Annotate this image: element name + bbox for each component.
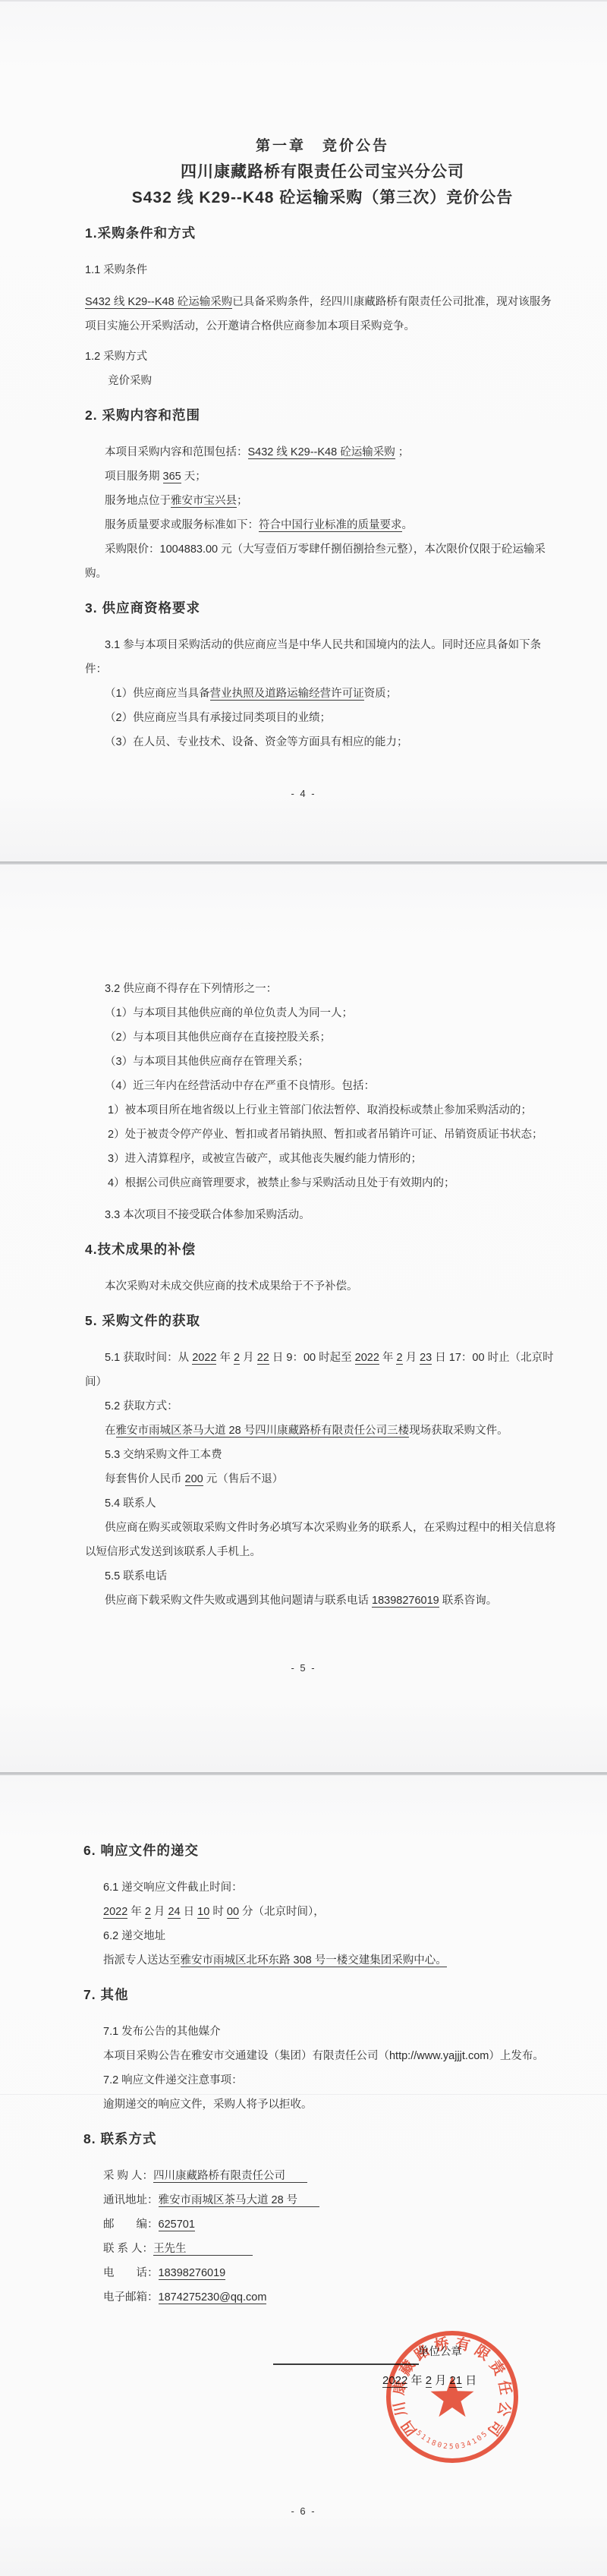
list-item: 1）被本项目所在地省级以上行业主管部门依法暂停、取消投标或禁止参加采购活动的； [85, 1098, 560, 1123]
text-run: 5.2 获取方式： [105, 1400, 178, 1412]
text-run: 2）处于被责令停产停业、暂扣或者吊销执照、暂扣或者吊销许可证、吊销资质证书状态； [108, 1129, 543, 1141]
contact-row-address: 通讯地址：雅安市雨城区茶马大道 28 号 [83, 2188, 560, 2212]
text-run: 4.技术成果的补偿 [85, 1242, 196, 1257]
text-run: 时 [209, 1906, 227, 1918]
text-run: 元（售后不退） [203, 1473, 284, 1485]
paragraph: 项目服务期 365 天； [85, 464, 560, 489]
list-item: 3）进入清算程序，或被宣告破产，或其他丧失履约能力情形的； [85, 1147, 560, 1171]
text-run: 采购限价：1004883.00 元（大写壹佰万零肆仟捌佰捌拾叁元整），本次限价仅… [85, 543, 546, 580]
page-3-content: 6. 响应文件的递交6.1 递交响应文件截止时间：2022 年 2 月 24 日… [0, 1775, 607, 2310]
text-run: （4）近三年内在经营活动中存在严重不良情形。包括： [105, 1080, 375, 1092]
paragraph: 服务质量要求或服务标准如下：符合中国行业标准的质量要求。 [85, 513, 560, 537]
paragraph: 每套售价人民币 200 元（售后不退） [85, 1467, 560, 1491]
text-run: 6.1 递交响应文件截止时间： [103, 1882, 243, 1894]
text-run: （1）与本项目其他供应商的单位负责人为同一人； [105, 1007, 353, 1019]
page-number: - 6 - [0, 2505, 607, 2517]
text-run: S432 线 K29--K48 砼运输采购（第三次）竞价公告 [132, 189, 514, 206]
underlined-text: 18398276019 [372, 1595, 439, 1608]
subsection-1-1: 1.1 采购条件 [85, 258, 560, 282]
text-run: 7.2 响应文件递交注意事项： [103, 2074, 243, 2086]
document-page-1: 第一章 竞价公告四川康藏路桥有限责任公司宝兴分公司S432 线 K29--K48… [0, 0, 607, 861]
underlined-text: 23 [420, 1352, 432, 1365]
text-run: 3）进入清算程序，或被宣告破产，或其他丧失履约能力情形的； [108, 1153, 422, 1165]
text-run: 2. 采购内容和范围 [85, 408, 200, 423]
text-run: 年 [379, 1352, 397, 1364]
underlined-text: 符合中国行业标准的质量要求 [259, 519, 402, 532]
underlined-text: 四川康藏路桥有限责任公司 [153, 2170, 307, 2183]
text-run: 供应商下载采购文件失败或遇到其他问题请与联系电话 [105, 1595, 372, 1607]
paragraph: 采购限价：1004883.00 元（大写壹佰万零肆仟捌佰捌拾叁元整），本次限价仅… [85, 537, 560, 586]
section-heading-1: 1.采购条件和方式 [85, 220, 560, 246]
text-run: 现场获取采购文件。 [409, 1425, 508, 1437]
underlined-text: 2 [234, 1352, 240, 1365]
text-run: 5.3 交纳采购文件工本费 [105, 1449, 222, 1461]
underlined-text: 24 [168, 1906, 180, 1919]
subsection-5-4: 5.4 联系人 [85, 1491, 560, 1516]
text-run: 6. 响应文件的递交 [83, 1843, 199, 1858]
section-heading-8: 8. 联系方式 [83, 2126, 560, 2152]
text-run: 联系咨询。 [439, 1595, 498, 1607]
text-run: 本项目采购内容和范围包括： [105, 446, 248, 458]
text-run: 分（北京时间）， [239, 1906, 325, 1918]
underlined-text: 雅安市宝兴县 [171, 495, 237, 508]
text-run: 5. 采购文件的获取 [85, 1313, 200, 1328]
list-item: 2）处于被责令停产停业、暂扣或者吊销执照、暂扣或者吊销许可证、吊销资质证书状态； [85, 1123, 560, 1147]
text-run: 电子邮箱： [103, 2291, 159, 2304]
page-1-content: 第一章 竞价公告四川康藏路桥有限责任公司宝兴分公司S432 线 K29--K48… [0, 0, 607, 754]
text-run: 。 [402, 519, 414, 531]
text-run: （2）与本项目其他供应商存在直接控股关系； [105, 1031, 331, 1044]
text-run: （1）供应商应当具备 [105, 688, 210, 700]
text-run: 日 9：00 时起至 [269, 1352, 355, 1364]
text-run: 3.3 本次项目不接受联合体参加采购活动。 [105, 1209, 310, 1221]
page-2-content: 3.2 供应商不得存在下列情形之一：（1）与本项目其他供应商的单位负责人为同一人… [0, 864, 607, 1613]
text-run: 竞价采购 [108, 375, 152, 387]
text-run: 1.2 采购方式 [85, 351, 147, 363]
text-run: ； [395, 446, 410, 458]
text-run: 本项目采购公告在雅安市交通建设（集团）有限责任公司（http://www.yaj… [103, 2050, 544, 2062]
subsection-1-2: 1.2 采购方式 [85, 345, 560, 369]
paragraph: 指派专人送达至雅安市雨城区北环东路 308 号一楼交建集团采购中心。 [83, 1948, 560, 1973]
text-run: 本次采购对未成交供应商的技术成果给于不予补偿。 [105, 1280, 358, 1293]
text-run: 指派专人送达至 [103, 1954, 181, 1967]
underlined-text: 200 [185, 1473, 203, 1486]
text-run: 电 话： [103, 2267, 159, 2279]
document-page-3: 6. 响应文件的递交6.1 递交响应文件截止时间：2022 年 2 月 24 日… [0, 1775, 607, 2576]
underlined-text: 2 [145, 1906, 151, 1919]
text-run: 7. 其他 [83, 1987, 128, 2002]
text-run: 联 系 人： [103, 2243, 153, 2255]
subsection-5-3: 5.3 交纳采购文件工本费 [85, 1443, 560, 1467]
paragraph: 本项目采购内容和范围包括：S432 线 K29--K48 砼运输采购 ； [85, 440, 560, 464]
paragraph: 3.1 参与本项目采购活动的供应商应当是中华人民共和国境内的法人。同时还应具备如… [85, 633, 560, 682]
paragraph: 本项目采购公告在雅安市交通建设（集团）有限责任公司（http://www.yaj… [83, 2044, 560, 2068]
underlined-text: 00 [227, 1906, 239, 1919]
text-run: 邮 编： [103, 2219, 159, 2231]
seal-star-icon [431, 2376, 474, 2417]
text-run: 服务地点位于 [105, 495, 171, 507]
paragraph: 供应商下载采购文件失败或遇到其他问题请与联系电话 18398276019 联系咨… [85, 1589, 560, 1613]
list-item: （3）在人员、专业技术、设备、资金等方面具有相应的能力； [85, 730, 560, 754]
underlined-text: 营业执照及道路运输经营许可证 [210, 688, 364, 701]
text-run: 5.4 联系人 [105, 1497, 156, 1510]
deadline-date: 2022 年 2 月 24 日 10 时 00 分（北京时间）， [83, 1900, 560, 1924]
underlined-text: 1874275230@qq.com [159, 2291, 267, 2304]
text-run: 1.1 采购条件 [85, 264, 147, 276]
underlined-text: S432 线 K29--K48 砼运输采购 [248, 446, 395, 459]
text-run: 通讯地址： [103, 2194, 159, 2206]
subsection-7-2: 7.2 响应文件递交注意事项： [83, 2068, 560, 2093]
seal-code-text: 5118025034105 [414, 2429, 490, 2451]
text-run: 1）被本项目所在地省级以上行业主管部门依法暂停、取消投标或禁止参加采购活动的； [108, 1104, 532, 1116]
list-item: （1）供应商应当具备营业执照及道路运输经营许可证资质； [85, 682, 560, 706]
subsection-3-2: 3.2 供应商不得存在下列情形之一： [85, 977, 560, 1001]
text-run: （3）在人员、专业技术、设备、资金等方面具有相应的能力； [105, 736, 408, 748]
section-heading-2: 2. 采购内容和范围 [85, 402, 560, 428]
list-item: 4）根据公司供应商管理要求，被禁止参与采购活动且处于有效期内的； [85, 1171, 560, 1195]
underlined-text: 雅安市雨城区北环东路 308 号一楼交建集团采购中心。 [181, 1954, 447, 1967]
underlined-text: 2022 [192, 1352, 216, 1365]
text-run: 3. 供应商资格要求 [85, 600, 200, 616]
paragraph: 服务地点位于雅安市宝兴县； [85, 489, 560, 513]
subsection-5-2: 5.2 获取方式： [85, 1394, 560, 1419]
underlined-text: 雅安市雨城区茶马大道 28 号 [159, 2194, 320, 2207]
section-heading-6: 6. 响应文件的递交 [83, 1838, 560, 1863]
document-page-2: 3.2 供应商不得存在下列情形之一：（1）与本项目其他供应商的单位负责人为同一人… [0, 864, 607, 1772]
paragraph: 在雅安市雨城区茶马大道 28 号四川康藏路桥有限责任公司三楼现场获取采购文件。 [85, 1419, 560, 1443]
text-run: 8. 联系方式 [83, 2131, 156, 2146]
text-run: 4）根据公司供应商管理要求，被禁止参与采购活动且处于有效期内的； [108, 1177, 455, 1189]
underlined-text: 2022 [355, 1352, 379, 1365]
section-heading-4: 4.技术成果的补偿 [85, 1236, 560, 1262]
underlined-text: 2022 [103, 1906, 127, 1919]
contact-row-email: 电子邮箱：1874275230@qq.com [83, 2285, 560, 2310]
text-run: 在 [105, 1425, 116, 1437]
list-item: （2）供应商应当具有承接过同类项目的业绩； [85, 706, 560, 730]
text-run: 1.采购条件和方式 [85, 225, 196, 241]
underlined-text: 18398276019 [159, 2267, 226, 2280]
text-run: 每套售价人民币 [105, 1473, 185, 1485]
text-run: 3.1 参与本项目采购活动的供应商应当是中华人民共和国境内的法人。同时还应具备如… [85, 639, 541, 675]
paragraph: 竞价采购 [85, 369, 560, 393]
text-run: 7.1 发布公告的其他媒介 [103, 2026, 221, 2038]
project-title: S432 线 K29--K48 砼运输采购（第三次）竞价公告 [85, 185, 560, 211]
company-title: 四川康藏路桥有限责任公司宝兴分公司 [85, 159, 560, 185]
paragraph: S432 线 K29--K48 砼运输采购已具备采购条件，经四川康藏路桥有限责任… [85, 290, 560, 339]
text-run: 5.5 联系电话 [105, 1570, 167, 1582]
chapter-title: 第一章 竞价公告 [85, 134, 560, 159]
underlined-text: 365 [163, 471, 181, 483]
subsection-5-5: 5.5 联系电话 [85, 1564, 560, 1589]
contact-row-phone: 电 话：18398276019 [83, 2261, 560, 2285]
contact-row-person: 联 系 人：王先生 [83, 2237, 560, 2261]
text-run: 月 [151, 1906, 168, 1918]
text-run: 5.1 获取时间：从 [105, 1352, 192, 1364]
underlined-text: 22 [257, 1352, 269, 1365]
text-run: 项目服务期 [105, 471, 163, 483]
list-item: （3）与本项目其他供应商存在管理关系； [85, 1050, 560, 1074]
text-run: 月 [403, 1352, 420, 1364]
text-run: 四川康藏路桥有限责任公司宝兴分公司 [181, 163, 464, 181]
underlined-text: 王先生 [153, 2243, 253, 2256]
text-run: （2）供应商应当具有承接过同类项目的业绩； [105, 712, 331, 724]
company-seal: 四川康藏路桥有限责任公司 5118025034105 [384, 2329, 521, 2465]
paragraph: 本次采购对未成交供应商的技术成果给于不予补偿。 [85, 1274, 560, 1299]
underlined-text: 625701 [159, 2219, 195, 2231]
text-run: 6.2 递交地址 [103, 1930, 165, 1942]
list-item: （2）与本项目其他供应商存在直接控股关系； [85, 1025, 560, 1050]
underlined-text: 2 [396, 1352, 402, 1365]
underlined-text: 雅安市雨城区茶马大道 28 号四川康藏路桥有限责任公司三楼 [116, 1425, 410, 1438]
text-run: 服务质量要求或服务标准如下： [105, 519, 259, 531]
paragraph: 逾期递交的响应文件，采购人将予以拒收。 [83, 2093, 560, 2117]
text-run: 逾期递交的响应文件，采购人将予以拒收。 [103, 2099, 313, 2111]
subsection-6-2: 6.2 递交地址 [83, 1924, 560, 1948]
page-number: - 4 - [0, 788, 607, 799]
text-run: 年 [127, 1906, 145, 1918]
text-run: 月 [240, 1352, 257, 1364]
paragraph: 5.1 获取时间：从 2022 年 2 月 22 日 9：00 时起至 2022… [85, 1346, 560, 1394]
section-heading-3: 3. 供应商资格要求 [85, 595, 560, 621]
text-run: ； [237, 495, 248, 507]
underlined-text: S432 线 K29--K48 砼运输采购 [85, 296, 232, 309]
page-number: - 5 - [0, 1662, 607, 1674]
subsection-3-3: 3.3 本次项目不接受联合体参加采购活动。 [85, 1203, 560, 1227]
text-run: （3）与本项目其他供应商存在管理关系； [105, 1056, 309, 1068]
underlined-text: 10 [197, 1906, 209, 1919]
text-run: 天； [181, 471, 206, 483]
paragraph: 供应商在购买或领取采购文件时务必填写本次采购业务的联系人，在采购过程中的相关信息… [85, 1516, 560, 1564]
text-run: 采 购 人： [103, 2170, 153, 2182]
text-run: 资质； [364, 688, 398, 700]
text-run: 年 [216, 1352, 234, 1364]
list-item: （1）与本项目其他供应商的单位负责人为同一人； [85, 1001, 560, 1025]
text-run: 第一章 竞价公告 [256, 138, 389, 154]
section-heading-5: 5. 采购文件的获取 [85, 1308, 560, 1334]
subsection-6-1: 6.1 递交响应文件截止时间： [83, 1875, 560, 1900]
list-item: （4）近三年内在经营活动中存在严重不良情形。包括： [85, 1074, 560, 1098]
contact-row-buyer: 采 购 人：四川康藏路桥有限责任公司 [83, 2164, 560, 2188]
subsection-7-1: 7.1 发布公告的其他媒介 [83, 2020, 560, 2044]
contact-row-postcode: 邮 编：625701 [83, 2212, 560, 2237]
text-run: 供应商在购买或领取采购文件时务必填写本次采购业务的联系人，在采购过程中的相关信息… [85, 1522, 556, 1558]
text-run: 日 [181, 1906, 198, 1918]
section-heading-7: 7. 其他 [83, 1982, 560, 2008]
text-run: 3.2 供应商不得存在下列情形之一： [105, 983, 277, 995]
